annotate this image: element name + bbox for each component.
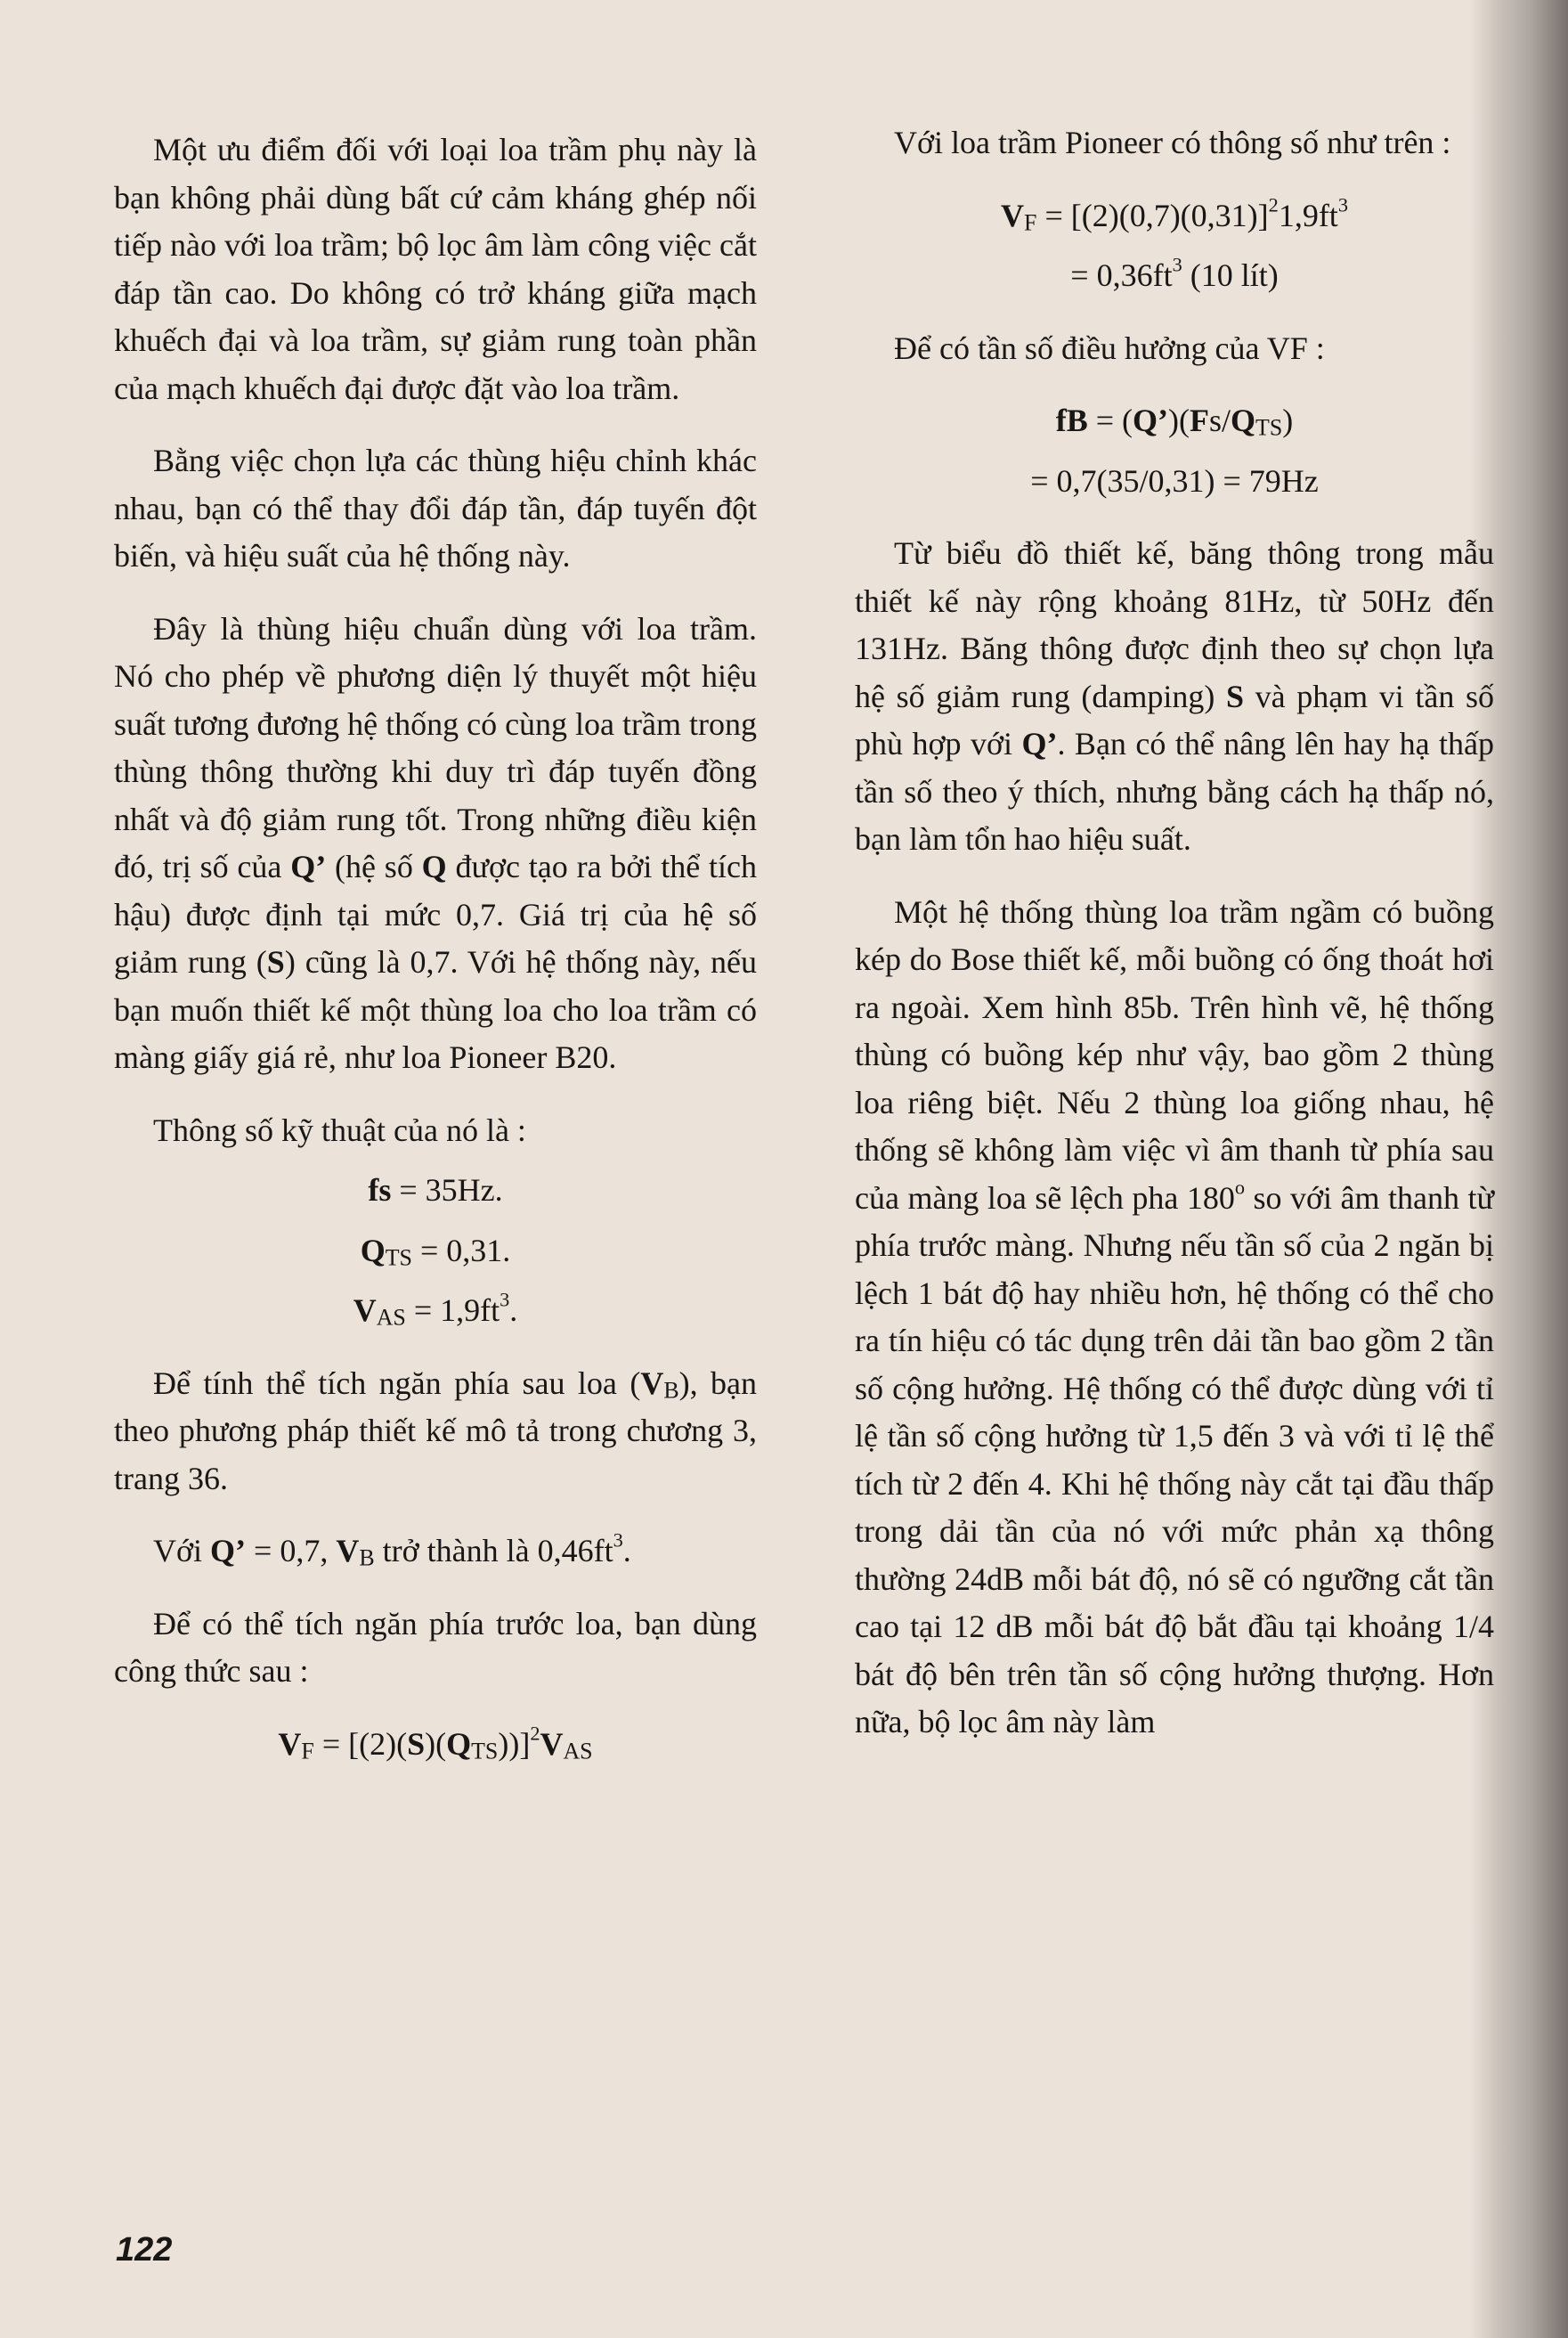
paragraph-bandwidth: Từ biểu đồ thiết kế, băng thông trong mẫ… [855,530,1494,864]
left-column: Một ưu điểm đối với loại loa trầm phụ nà… [114,126,757,1768]
paragraph-pioneer-intro: Với loa trầm Pioneer có thông số như trê… [855,119,1494,167]
formula-vf-calc: VF = [(2)(0,7)(0,31)]21,9ft3 [855,192,1494,240]
formula-vf-general: VF = [(2)(S)(QTS))]2VAS [114,1721,757,1769]
spec-vas: VAS = 1,9ft3. [114,1287,757,1335]
spec-qts: QTS = 0,31. [114,1227,757,1275]
paragraph-bose-dual-chamber: Một hệ thống thùng loa trầm ngầm có buồn… [855,889,1494,1747]
q-prime-symbol: Q’ [290,849,326,884]
paragraph-vb-result: Với Q’ = 0,7, VB trở thành là 0,46ft3. [114,1527,757,1576]
paragraph-tuning-frequency: Để có tần số điều hưởng của VF : [855,325,1494,373]
formula-fb-result: = 0,7(35/0,31) = 79Hz [855,458,1494,506]
paragraph-tuning-boxes: Bằng việc chọn lựa các thùng hiệu chỉnh … [114,437,757,581]
formula-fb: fB = (Q’)(Fs/QTS) [855,397,1494,445]
paragraph-front-volume: Để có thể tích ngăn phía trước loa, bạn … [114,1601,757,1696]
formula-vf-result: = 0,36ft3 (10 lít) [855,252,1494,300]
page-number: 122 [116,2231,172,2269]
paragraph-rear-volume: Để tính thể tích ngăn phía sau loa (VB),… [114,1360,757,1503]
spec-fs: fs = 35Hz. [114,1167,757,1215]
paragraph-subwoofer-advantage: Một ưu điểm đối với loại loa trầm phụ nà… [114,126,757,412]
paragraph-standard-box: Đây là thùng hiệu chuẩn dùng với loa trầ… [114,606,757,1082]
q-symbol: Q [422,849,447,884]
s-symbol: S [267,944,285,980]
paragraph-specs-intro: Thông số kỹ thuật của nó là : [114,1107,757,1155]
right-column: Với loa trầm Pioneer có thông số như trê… [855,119,1494,1747]
